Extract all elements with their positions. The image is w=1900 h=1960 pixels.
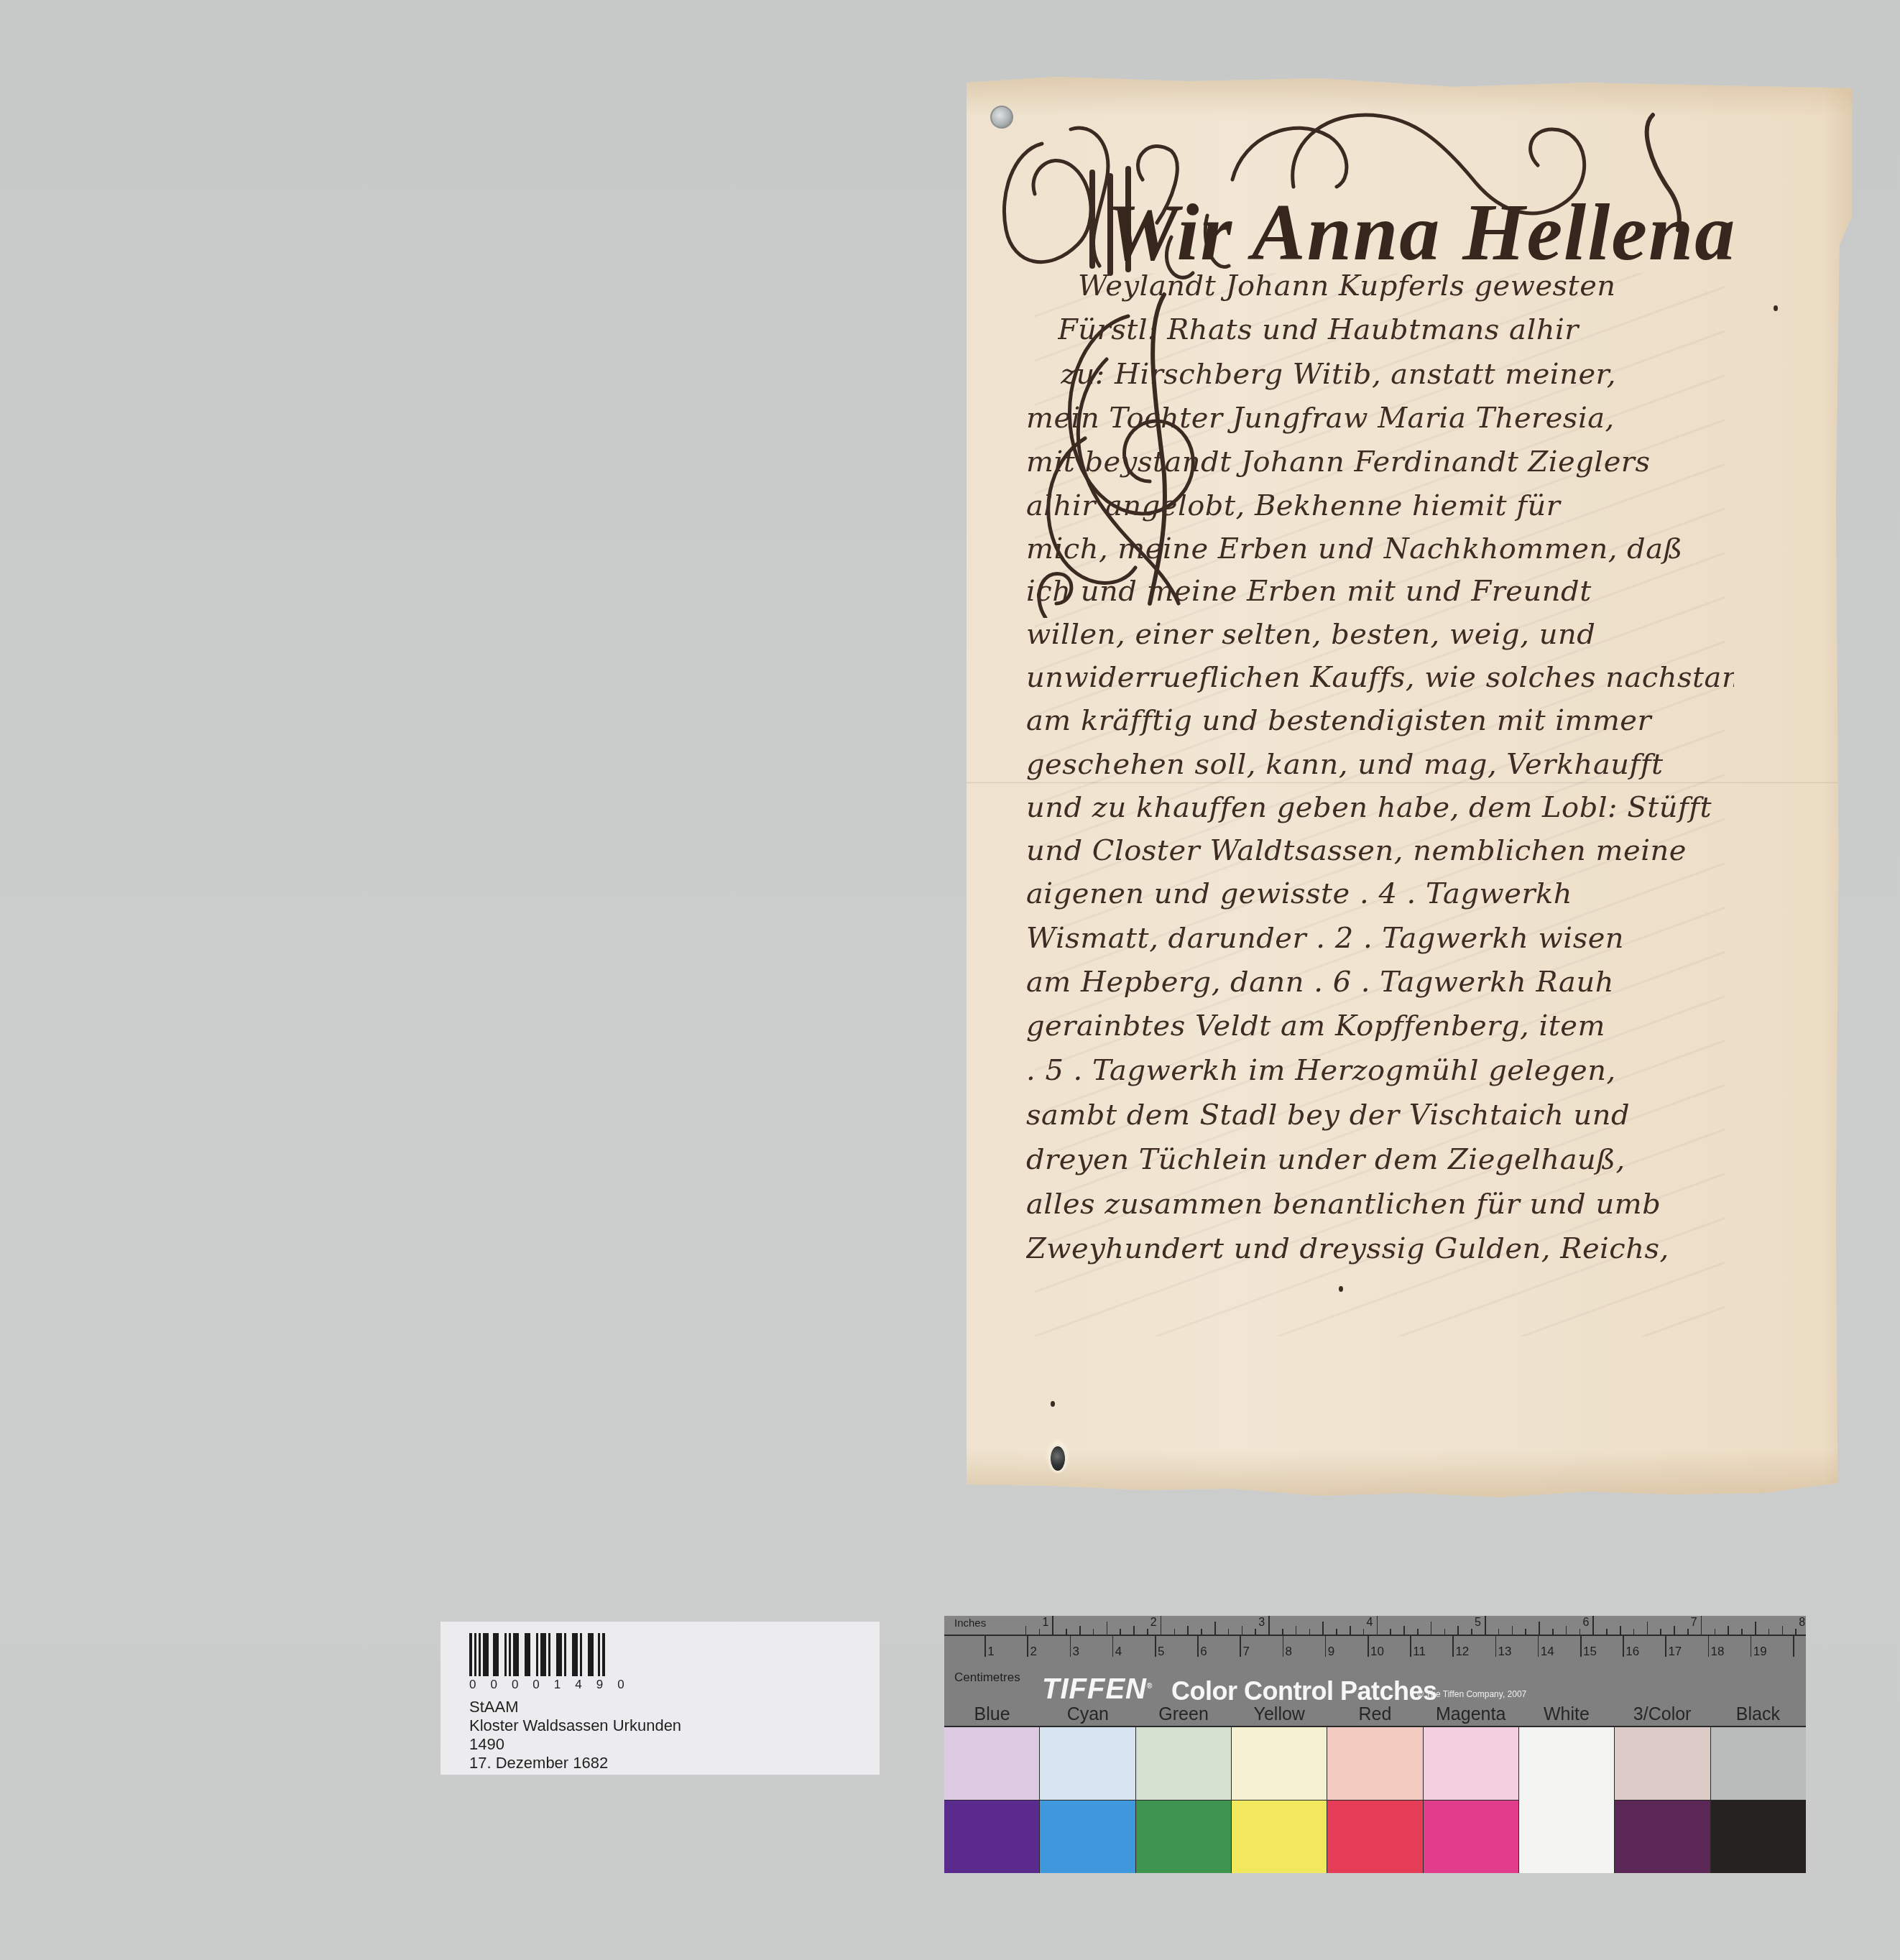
- cm-tick: [1155, 1635, 1156, 1657]
- archive-name: StAAM: [469, 1698, 518, 1716]
- inch-tick: [1363, 1629, 1365, 1635]
- manuscript-line: unwiderrueflichen Kauffs, wie solches na…: [1026, 661, 1734, 694]
- cm-tick: [1495, 1635, 1497, 1657]
- inch-tick: [1201, 1629, 1202, 1635]
- cm-tick: [1793, 1635, 1794, 1657]
- fold-line: [967, 782, 1852, 784]
- dark-patch: [1040, 1800, 1135, 1873]
- copyright: © The Tiffen Company, 2007: [1417, 1689, 1526, 1699]
- manuscript-line: zu: Hirschberg Witib, anstatt meiner,: [1061, 358, 1740, 391]
- cm-tick: [1027, 1635, 1028, 1657]
- cm-tick: [1325, 1635, 1327, 1657]
- inch-tick: [1336, 1629, 1337, 1635]
- manuscript-line: willen, einer selten, besten, weig, und: [1026, 618, 1734, 651]
- dark-patch: [1615, 1800, 1710, 1873]
- dark-patch: [1327, 1800, 1422, 1873]
- manuscript-line: alles zusammen benantlichen für und umb: [1026, 1188, 1734, 1221]
- patch-labels: Blue Cyan Green Yellow Red Magenta White…: [944, 1704, 1806, 1725]
- manuscript-line: gerainbtes Veldt am Kopffenberg, item: [1026, 1009, 1734, 1043]
- cm-number: 4: [1115, 1645, 1122, 1659]
- inch-tick: [1728, 1626, 1729, 1635]
- cm-tick: [1665, 1635, 1666, 1657]
- manuscript-line: und Closter Waldtsassen, nemblichen mein…: [1026, 834, 1734, 867]
- manuscript-line: Wismatt, darunder . 2 . Tagwerkh wisen: [1026, 922, 1734, 955]
- inch-tick: [1120, 1629, 1121, 1635]
- inch-tick: [1268, 1616, 1270, 1635]
- inch-tick: [1377, 1616, 1378, 1635]
- inch-tick: [1228, 1629, 1230, 1635]
- patch-column-green: [1136, 1727, 1232, 1873]
- patch-label-cyan: Cyan: [1040, 1704, 1135, 1725]
- patch-column-3color: [1615, 1727, 1710, 1873]
- inches-label: Inches: [954, 1617, 986, 1630]
- inch-tick: [1580, 1629, 1581, 1635]
- cm-number: 3: [1073, 1645, 1079, 1659]
- patch-column-white: [1519, 1727, 1615, 1873]
- light-patch: [1519, 1727, 1614, 1800]
- bottom-punch-hole: [1048, 1444, 1067, 1473]
- manuscript-line: mit beystandt Johann Ferdinandt Zieglers: [1026, 445, 1734, 479]
- manuscript-line: geschehen soll, kann, und mag, Verkhauff…: [1026, 748, 1734, 781]
- cm-number: 16: [1625, 1645, 1639, 1659]
- inch-tick: [1620, 1626, 1621, 1635]
- inch-tick: [1093, 1629, 1094, 1635]
- inch-tick: [1498, 1629, 1500, 1635]
- inch-tick: [1403, 1626, 1405, 1635]
- cm-number: 14: [1541, 1645, 1554, 1659]
- inch-tick: [1417, 1629, 1419, 1635]
- manuscript-line: am kräfftig und bestendigisten mit immer: [1026, 704, 1734, 737]
- inch-tick: [1282, 1629, 1283, 1635]
- manuscript-line: Weylandt Johann Kupferls gewesten: [1078, 269, 1739, 302]
- inch-tick: [1039, 1629, 1041, 1635]
- cm-number: 17: [1668, 1645, 1682, 1659]
- inch-tick: [1296, 1626, 1297, 1635]
- inch-tick: [1309, 1629, 1311, 1635]
- patch-column-black: [1711, 1727, 1806, 1873]
- cm-tick: [1197, 1635, 1199, 1657]
- inch-tick: [1485, 1616, 1486, 1635]
- cm-number: 7: [1242, 1645, 1249, 1659]
- light-patch: [1232, 1727, 1327, 1800]
- inch-tick: [1647, 1622, 1648, 1635]
- cm-tick: [1070, 1635, 1071, 1657]
- patch-label-white: White: [1518, 1704, 1614, 1725]
- barcode-digits: 00001490: [469, 1678, 639, 1692]
- patch-label-3color: 3/Color: [1615, 1704, 1710, 1725]
- manuscript-line: Fürstl: Rhats und Haubtmans alhir: [1058, 313, 1737, 346]
- inch-tick: [1255, 1629, 1256, 1635]
- light-patch: [1424, 1727, 1518, 1800]
- patch-label-blue: Blue: [944, 1704, 1040, 1725]
- inch-tick: [1161, 1616, 1162, 1635]
- inch-tick: [1390, 1629, 1391, 1635]
- inch-ruler: Inches: [944, 1616, 1806, 1636]
- inch-tick: [1444, 1629, 1446, 1635]
- manuscript-line: mich, meine Erben und Nachkhommen, daß: [1026, 532, 1734, 565]
- manuscript-line: . 5 . Tagwerkh im Herzogmühl gelegen,: [1026, 1054, 1734, 1087]
- inch-tick: [1715, 1629, 1716, 1635]
- manuscript-line: Zweyhundert und dreyssig Gulden, Reichs,: [1026, 1232, 1734, 1265]
- inch-tick: [1457, 1626, 1459, 1635]
- patch-column-cyan: [1040, 1727, 1135, 1873]
- cm-tick: [1708, 1635, 1710, 1657]
- dark-patch: [1711, 1800, 1806, 1873]
- color-control-card: Inches Centimetres TIFFEN® Color Control…: [944, 1616, 1806, 1872]
- cm-tick: [1751, 1635, 1752, 1657]
- cm-number: 10: [1370, 1645, 1384, 1659]
- tiffen-logo: TIFFEN®: [1042, 1673, 1153, 1706]
- color-patches: [944, 1726, 1806, 1873]
- light-patch: [1615, 1727, 1710, 1800]
- inch-number: 3: [1258, 1617, 1265, 1630]
- inch-tick: [1795, 1629, 1797, 1635]
- inch-number: 1: [1042, 1617, 1048, 1630]
- cm-number: 6: [1200, 1645, 1207, 1659]
- cm-number: 13: [1498, 1645, 1512, 1659]
- patch-label-red: Red: [1327, 1704, 1423, 1725]
- cm-number: 19: [1753, 1645, 1767, 1659]
- manuscript-line: aigenen und gewisste . 4 . Tagwerkh: [1026, 877, 1734, 910]
- document-heading: Wir Anna Hellena: [1107, 187, 1736, 279]
- ink-dot: [1339, 1286, 1343, 1292]
- inch-tick: [1174, 1629, 1176, 1635]
- inch-number: 6: [1582, 1617, 1589, 1630]
- inch-tick: [1025, 1626, 1027, 1635]
- manuscript-line: ich und meine Erben mit und Freundt: [1026, 575, 1734, 608]
- inch-tick: [1566, 1626, 1567, 1635]
- inch-tick: [1782, 1626, 1784, 1635]
- inch-number: 8: [1799, 1617, 1805, 1630]
- dark-patch: [1136, 1800, 1231, 1873]
- inch-tick: [1242, 1626, 1243, 1635]
- inch-tick: [1701, 1616, 1702, 1635]
- cm-number: 8: [1286, 1645, 1292, 1659]
- light-patch: [1136, 1727, 1231, 1800]
- dark-patch: [944, 1800, 1039, 1873]
- inch-number: 7: [1691, 1617, 1697, 1630]
- cm-tick: [1623, 1635, 1624, 1657]
- dark-patch: [1519, 1800, 1614, 1874]
- card-title: Color Control Patches: [1171, 1676, 1437, 1706]
- manuscript-line: am Hepberg, dann . 6 . Tagwerkh Rauh: [1026, 966, 1734, 999]
- inch-tick: [1552, 1629, 1554, 1635]
- cm-tick: [1283, 1635, 1284, 1657]
- cm-number: 11: [1413, 1645, 1426, 1659]
- inch-tick: [1471, 1629, 1472, 1635]
- patch-column-yellow: [1232, 1727, 1327, 1873]
- inch-tick: [1674, 1626, 1675, 1635]
- inch-number: 5: [1475, 1617, 1481, 1630]
- inch-tick: [1741, 1629, 1743, 1635]
- cm-tick: [984, 1635, 986, 1657]
- inch-tick: [1431, 1622, 1432, 1635]
- cm-number: 15: [1583, 1645, 1597, 1659]
- cm-tick: [1368, 1635, 1369, 1657]
- inch-tick: [1633, 1629, 1635, 1635]
- light-patch: [1040, 1727, 1135, 1800]
- inch-tick: [1133, 1626, 1135, 1635]
- inch-tick: [1539, 1622, 1540, 1635]
- inch-tick: [1350, 1626, 1351, 1635]
- inch-tick: [1147, 1629, 1148, 1635]
- cm-tick: [1240, 1635, 1241, 1657]
- inch-number: 4: [1367, 1617, 1373, 1630]
- document-number: 1490: [469, 1735, 504, 1754]
- manuscript-line: alhir angelobt, Bekhenne hiemit für: [1026, 489, 1734, 522]
- light-patch: [1327, 1727, 1422, 1800]
- inch-tick: [1322, 1622, 1324, 1635]
- light-patch: [944, 1727, 1039, 1800]
- ink-dot: [1051, 1401, 1055, 1407]
- dark-patch: [1232, 1800, 1327, 1873]
- ink-dot: [1774, 305, 1778, 311]
- manuscript-line: mein Tochter Jungfraw Maria Theresia,: [1026, 402, 1734, 435]
- barcode: [469, 1633, 605, 1676]
- collection-name: Kloster Waldsassen Urkunden: [469, 1716, 681, 1735]
- cm-number: 18: [1711, 1645, 1725, 1659]
- inch-tick: [1052, 1616, 1053, 1635]
- inch-tick: [1768, 1629, 1770, 1635]
- cm-tick: [1452, 1635, 1454, 1657]
- barcode-number: 00001490: [469, 1678, 639, 1692]
- inch-tick: [1660, 1629, 1661, 1635]
- cm-tick: [1410, 1635, 1411, 1657]
- inch-tick: [1512, 1626, 1513, 1635]
- centimetres-label: Centimetres: [954, 1670, 1020, 1685]
- inch-tick: [1066, 1629, 1067, 1635]
- document-date: 17. Dezember 1682: [469, 1754, 608, 1772]
- light-patch: [1711, 1727, 1806, 1800]
- cm-number: 5: [1158, 1645, 1164, 1659]
- inch-tick: [1592, 1616, 1594, 1635]
- inch-tick: [1107, 1622, 1108, 1635]
- patch-label-magenta: Magenta: [1423, 1704, 1518, 1725]
- inch-tick: [1606, 1629, 1608, 1635]
- patch-column-magenta: [1424, 1727, 1519, 1873]
- cm-number: 2: [1030, 1645, 1036, 1659]
- manuscript-line: sambt dem Stadl bey der Vischtaich und: [1026, 1099, 1734, 1132]
- brand-name: TIFFEN: [1042, 1673, 1147, 1705]
- inch-tick: [1687, 1629, 1689, 1635]
- patch-label-yellow: Yellow: [1232, 1704, 1327, 1725]
- inch-number: 2: [1150, 1617, 1157, 1630]
- inch-tick: [1079, 1626, 1081, 1635]
- patch-column-red: [1327, 1727, 1423, 1873]
- cm-number: 1: [987, 1645, 994, 1659]
- cm-tick: [1112, 1635, 1114, 1657]
- patch-label-green: Green: [1135, 1704, 1231, 1725]
- cm-number: 9: [1328, 1645, 1334, 1659]
- inch-tick: [1187, 1626, 1189, 1635]
- inch-tick: [1755, 1622, 1756, 1635]
- archive-label: 00001490 StAAM Kloster Waldsassen Urkund…: [441, 1622, 880, 1775]
- patch-label-black: Black: [1710, 1704, 1806, 1725]
- patch-column-blue: [944, 1727, 1040, 1873]
- inch-tick: [1525, 1629, 1526, 1635]
- dark-patch: [1424, 1800, 1518, 1873]
- cm-tick: [1580, 1635, 1582, 1657]
- manuscript-line: dreyen Tüchlein under dem Ziegelhauß,: [1026, 1143, 1734, 1176]
- cm-number: 12: [1455, 1645, 1469, 1659]
- cm-tick: [1538, 1635, 1539, 1657]
- manuscript-line: und zu khauffen geben habe, dem Lobl: St…: [1026, 791, 1734, 824]
- inch-tick: [1214, 1622, 1216, 1635]
